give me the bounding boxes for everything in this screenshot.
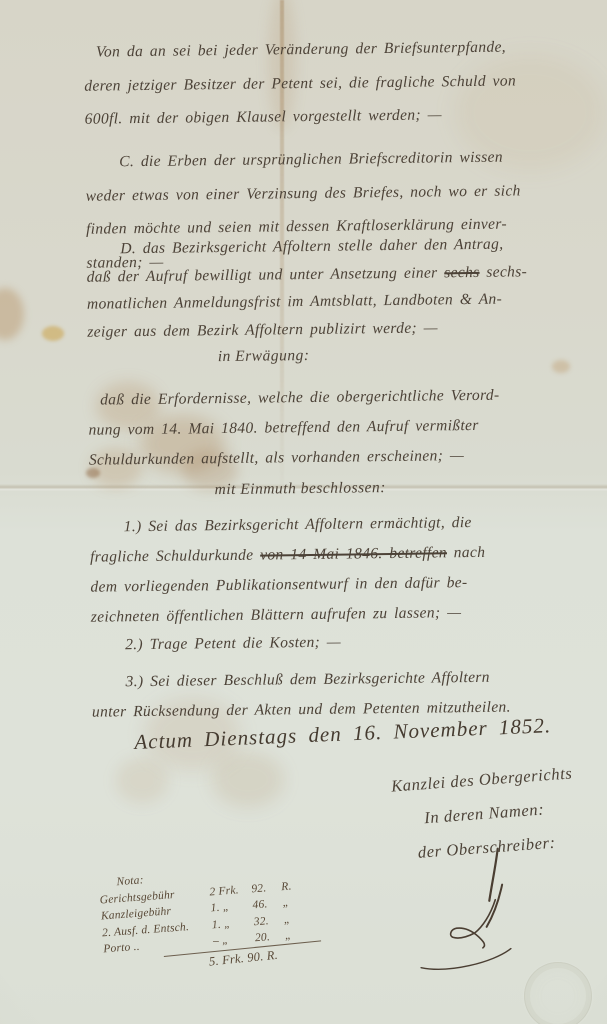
text-line: dem vorliegenden Publikationsentwurf in … [90,568,486,603]
fee-unit: „ [282,894,299,912]
text-segment: nach [447,544,485,561]
handwritten-text-layer: Von da an sei bei jeder Veränderung der … [0,0,607,1024]
text-line: zeiger aus dem Bezirk Affoltern publizir… [87,313,528,346]
text-segment: daß der Aufruf bewilligt und unter Anset… [87,264,445,285]
consideration-paragraph: daß die Erfordernisse, welche die oberge… [88,381,500,476]
text-line: weder etwas von einer Verzinsung des Bri… [85,174,520,213]
text-line: Von da an sei bei jeder Veränderung der … [84,30,516,69]
struck-text: sechs [444,263,480,280]
text-line: 600fl. mit der obigen Klausel vorgestell… [85,97,517,136]
embossed-seal [524,962,592,1024]
text-line: zeichneten öffentlichen Blättern aufrufe… [91,598,487,633]
document-photo: { "colors": { "paper": "#d9dbd1", "ink":… [0,0,607,1024]
text-segment: sechs- [479,263,527,281]
fee-unit: „ [283,910,300,928]
oberschreiber-signature [412,844,549,981]
text-line: deren jetziger Besitzer der Petent sei, … [84,64,516,103]
text-segment: fragliche Schuldurkunde [90,547,260,566]
resolution-item-1: 1.) Sei das Bezirksgericht Affoltern erm… [90,508,487,633]
point-d-paragraph: D. das Bezirksgericht Affoltern stelle d… [86,230,528,345]
consideration-heading: in Erwägung: [99,346,429,368]
struck-text: von 14 Mai 1846. betreffen [260,544,447,563]
text-line: fragliche Schuldurkunde von 14 Mai 1846.… [90,538,486,573]
text-line: 1.) Sei das Bezirksgericht Affoltern erm… [90,508,486,543]
fee-unit: R. [281,878,298,896]
paper-sheet: Von da an sei bei jeder Veränderung der … [0,0,607,1024]
text-line: Schuldurkunden aufstellt, als vorhanden … [89,441,501,476]
text-line: monatlichen Anmeldungsfrist im Amtsblatt… [87,285,528,318]
intro-paragraph: Von da an sei bei jeder Veränderung der … [84,30,517,136]
resolution-item-2: 2.) Trage Petent die Kosten; — [125,634,341,655]
text-line: 3.) Sei dieser Beschluß dem Bezirksgeric… [91,663,510,698]
fee-notes-block: Nota: Gerichtsgebühr 2 Frk. 92. R. Kanzl… [98,860,323,977]
resolution-heading: mit Einmuth beschlossen: [125,478,475,500]
text-line: C. die Erben der ursprünglichen Briefscr… [85,140,520,179]
